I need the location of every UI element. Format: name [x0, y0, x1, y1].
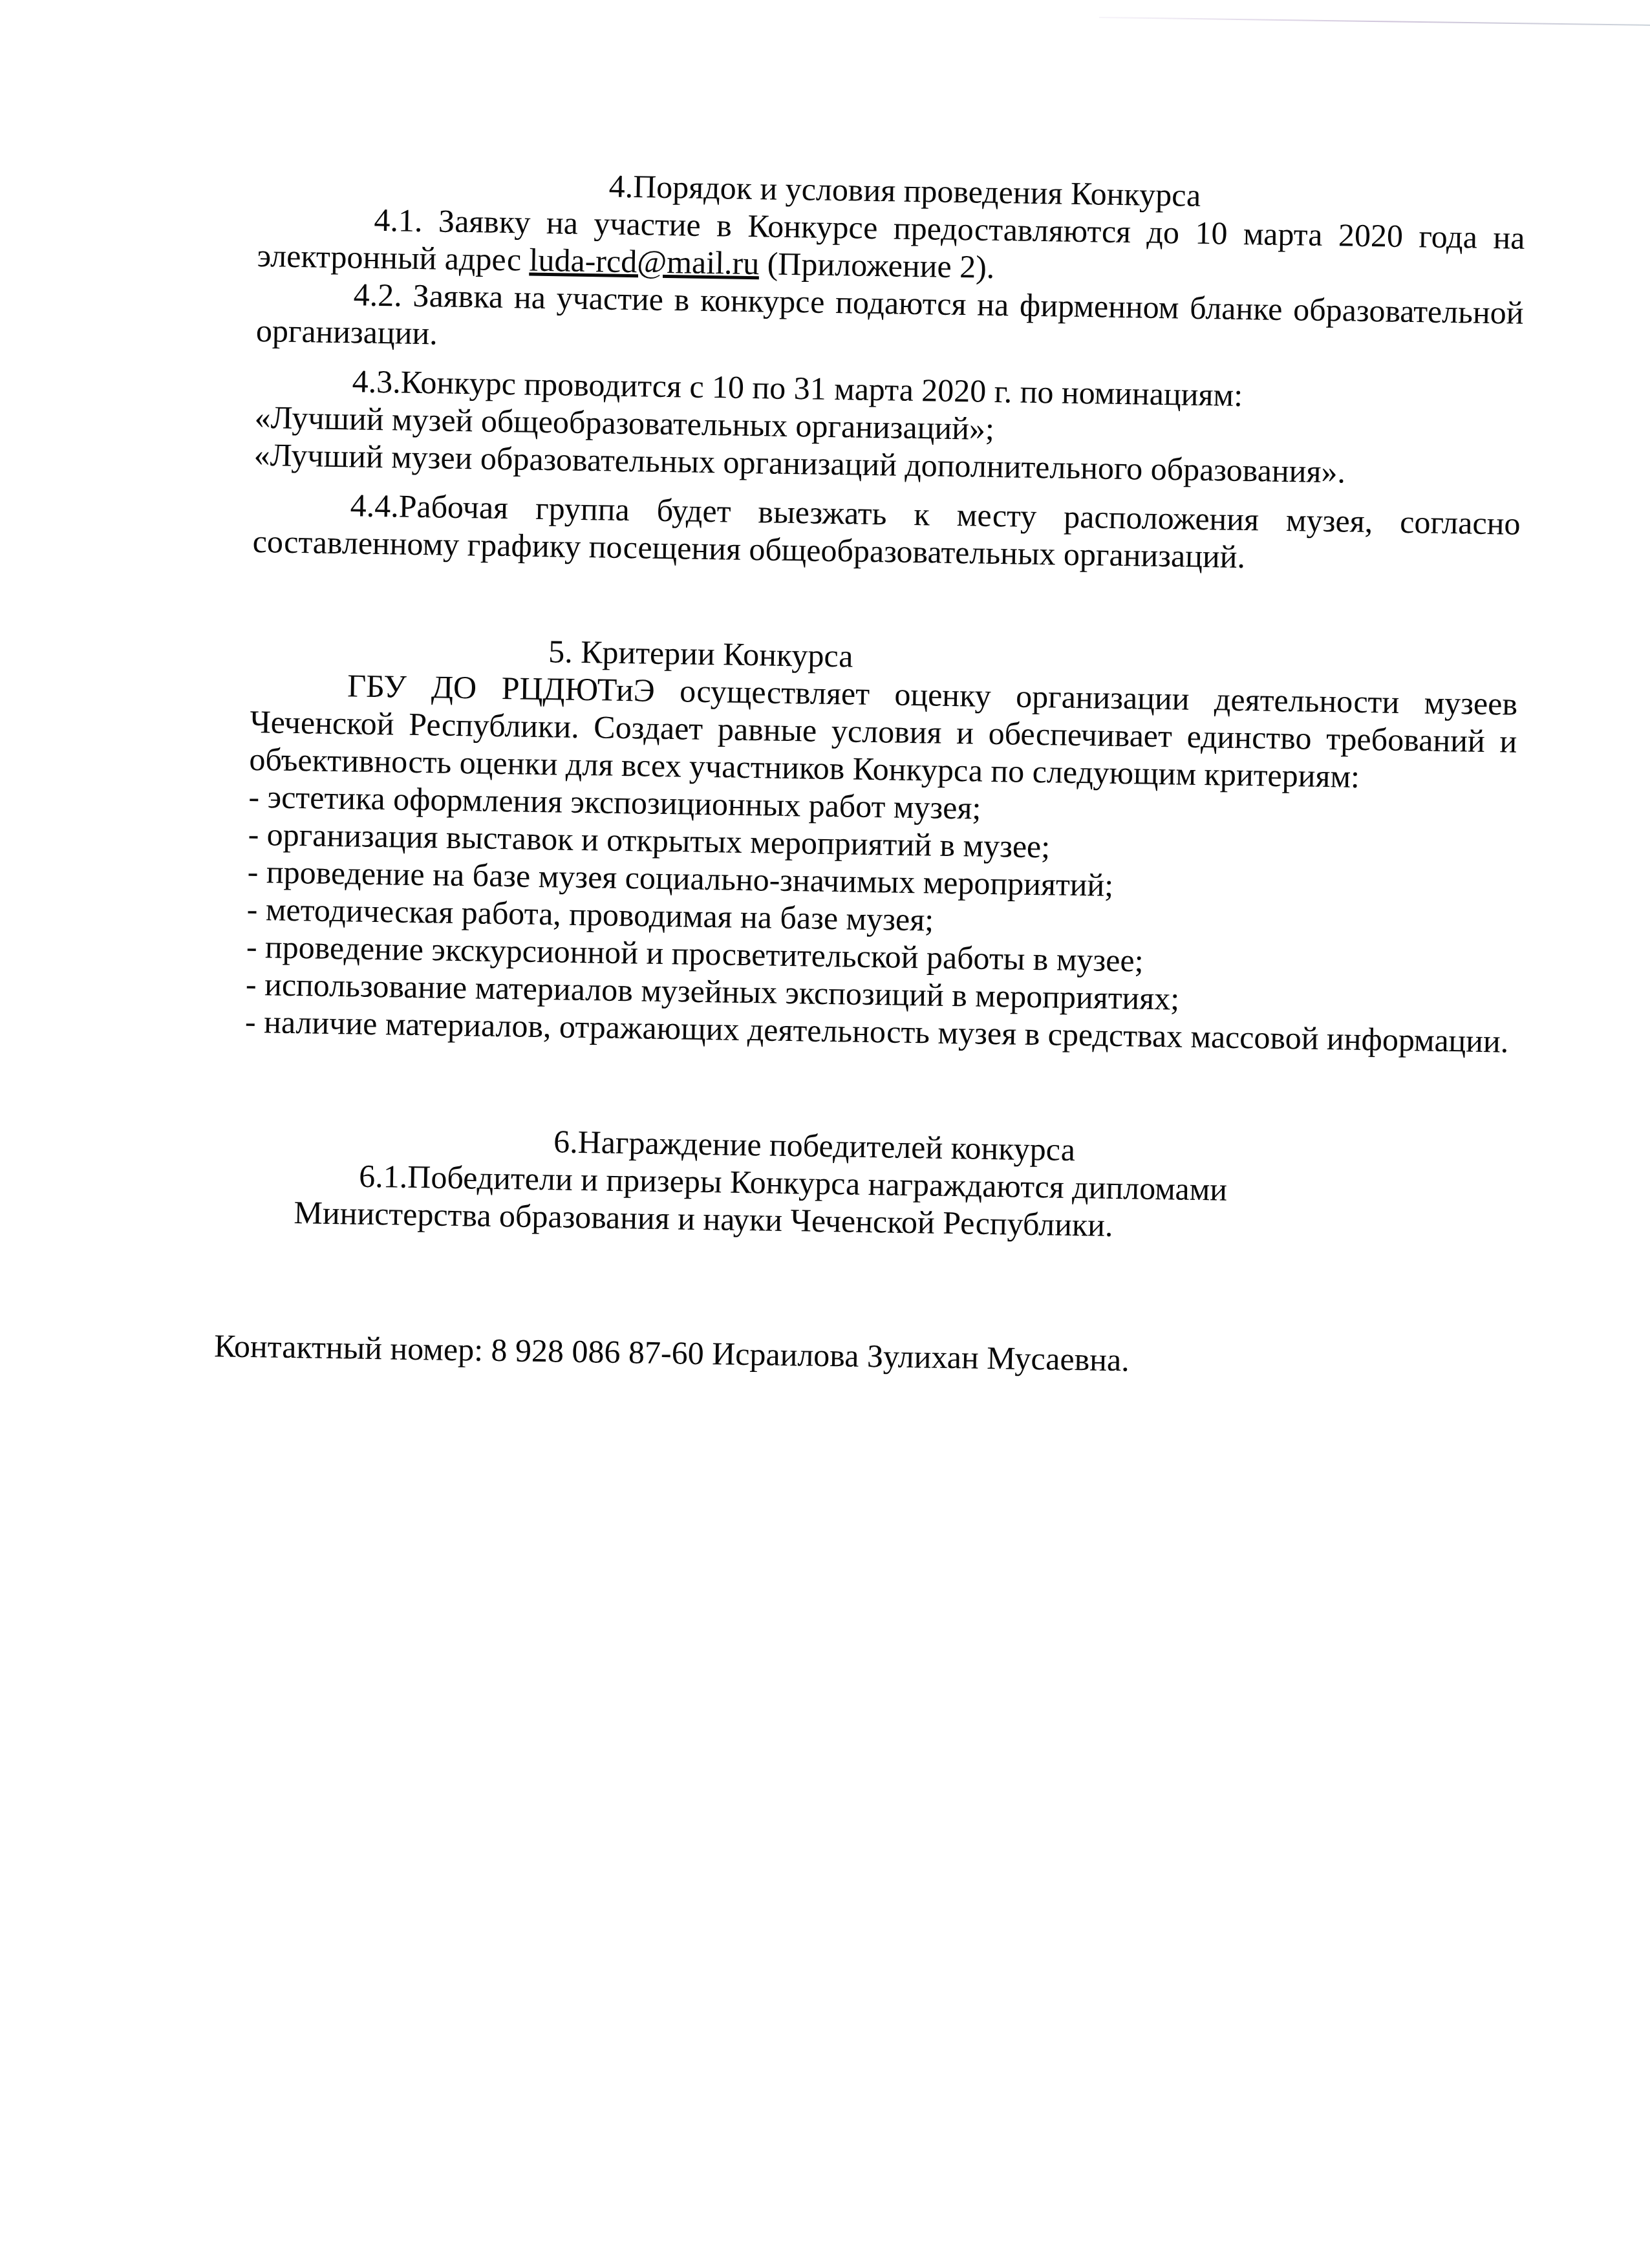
email-link[interactable]: luda-rcd@mail.ru [529, 242, 759, 282]
criteria-list: - эстетика оформления экспозиционных раб… [245, 778, 1516, 1060]
section-6: 6.Награждение победителей конкурса 6.1.П… [242, 1118, 1510, 1250]
scan-edge-line [1099, 17, 1650, 27]
paragraph-4-1-suffix: (Приложение 2). [759, 245, 995, 285]
document-page: 4.Порядок и условия проведения Конкурса … [240, 162, 1526, 1385]
section-4: 4.Порядок и условия проведения Конкурса … [252, 162, 1525, 580]
section-5-intro: ГБУ ДО РЦДЮТиЭ осуществляет оценку орган… [249, 665, 1517, 798]
section-5: 5. Критерии Конкурса ГБУ ДО РЦДЮТиЭ осущ… [245, 628, 1519, 1060]
